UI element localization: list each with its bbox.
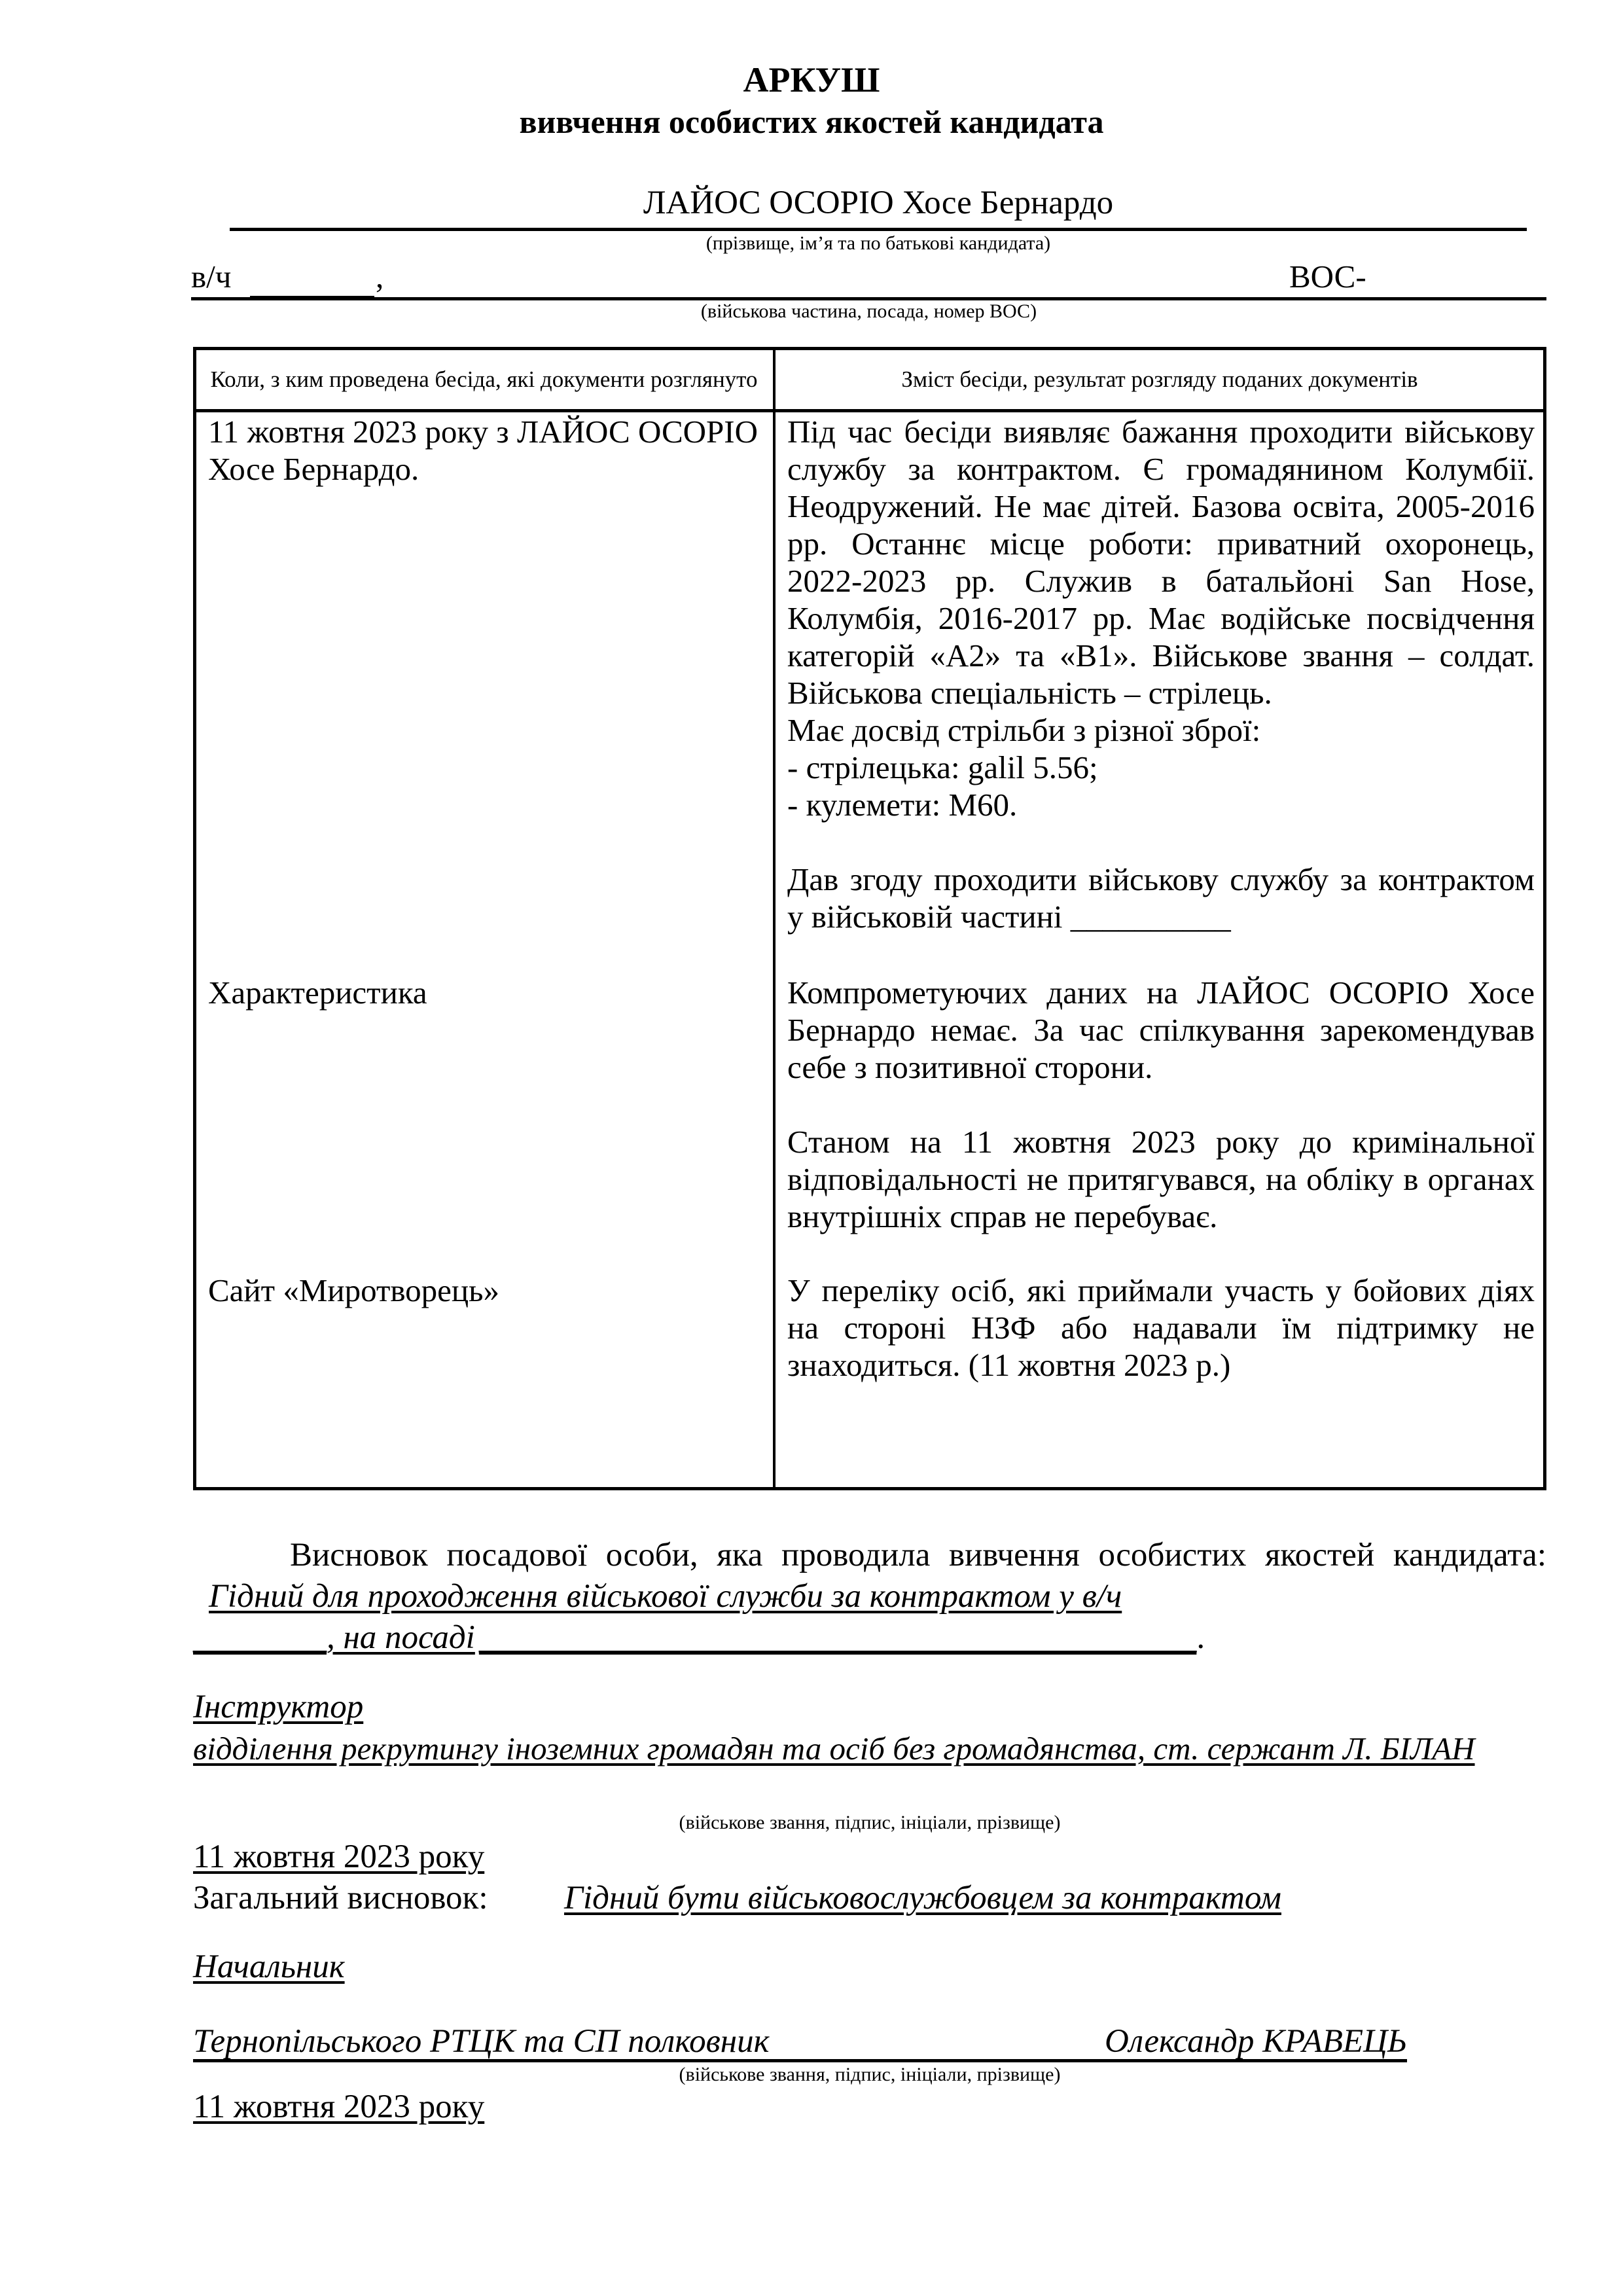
voc-label: ВОС- (1289, 257, 1366, 296)
myrotvorets-label: Сайт «Миротворець» (208, 1272, 758, 1309)
characteristic-text: Компрометуючих даних на ЛАЙОС ОСОРІО Хос… (787, 974, 1535, 1086)
characteristic-label: Характеристика (208, 974, 758, 1011)
interview-date-who: 11 жовтня 2023 року з ЛАЙОС ОСОРІО Хосе … (208, 413, 758, 488)
chief-date: 11 жовтня 2023 року (193, 2089, 484, 2125)
criminal-record-text: Станом на 11 жовтня 2023 року до криміна… (787, 1123, 1535, 1235)
weapons-heading: Має досвід стрільби з різної зброї: (787, 711, 1535, 749)
unit-label: в/ч (191, 257, 231, 296)
general-conclusion-verdict: Гідний бути військовослужбовцем за контр… (564, 1878, 1281, 1919)
candidate-name: ЛАЙОС ОСОРІО Хосе Бернардо (230, 183, 1527, 223)
chief-date-row: 11 жовтня 2023 року (193, 2087, 1546, 2128)
table-row-characteristic-left: Характеристика (208, 974, 758, 1011)
unit-comma: , (376, 257, 383, 296)
official-conclusion: Висновок посадової особи, яка проводила … (193, 1535, 1546, 1659)
consent-statement: Дав згоду проходити військову службу за … (787, 861, 1535, 935)
candidate-name-caption: (прізвище, ім’я та по батькові кандидата… (230, 232, 1527, 255)
table-row-interview-left: 11 жовтня 2023 року з ЛАЙОС ОСОРІО Хосе … (208, 413, 758, 488)
table-header-content-label: Зміст бесіди, результат розгляду поданих… (901, 366, 1418, 393)
instructor-block: Інструктор відділення рекрутингу іноземн… (193, 1687, 1546, 1769)
chief-signature-line: Тернопільського РТЦК та СП полковник Оле… (193, 2021, 1407, 2062)
candidate-name-line (230, 228, 1527, 231)
table-row-myrotvorets-left: Сайт «Миротворець» (208, 1272, 758, 1309)
chief-signature-caption: (військове звання, підпис, ініціали, прі… (193, 2063, 1546, 2087)
chief-title: Начальник (193, 1948, 345, 1985)
instructor-title: Інструктор (193, 1689, 363, 1725)
weapon-item: - стрілецька: galil 5.56; (787, 749, 1535, 786)
instructor-date-row: 11 жовтня 2023 року (193, 1837, 1546, 1878)
document-subtitle: вивчення особистих якостей кандидата (0, 102, 1623, 141)
unit-caption: (військова частина, посада, номер ВОС) (191, 300, 1546, 323)
table-column-divider (773, 347, 776, 1490)
myrotvorets-result: У переліку осіб, які приймали участь у б… (787, 1272, 1535, 1384)
consent-unit-blank: __________ (1071, 899, 1231, 935)
chief-title-row: Начальник (193, 1946, 1546, 1988)
instructor-signature-caption: (військове звання, підпис, ініціали, прі… (193, 1811, 1546, 1835)
table-header-divider (193, 409, 1546, 412)
instructor-date: 11 жовтня 2023 року (193, 1839, 484, 1875)
instructor-position: відділення рекрутингу іноземних громадян… (193, 1731, 1475, 1767)
conclusion-position-blank: ________________________________________… (479, 1619, 1197, 1656)
general-conclusion-label: Загальний висновок: (193, 1880, 488, 1916)
table-header-when-label: Коли, з ким проведена бесіда, які докуме… (210, 366, 757, 393)
table-row-interview-right: Під час бесіди виявляє бажання проходити… (787, 413, 1535, 935)
conclusion-lead: Висновок посадової особи, яка проводила … (290, 1537, 1546, 1573)
interview-summary: Під час бесіди виявляє бажання проходити… (787, 413, 1535, 711)
chief-name: Олександр КРАВЕЦЬ (1105, 2021, 1407, 2062)
document-title: АРКУШ (0, 60, 1623, 99)
chief-position: Тернопільського РТЦК та СП полковник (193, 2023, 769, 2060)
conclusion-unit-blank: ________ (193, 1617, 327, 1659)
table-header-content: Зміст бесіди, результат розгляду поданих… (776, 350, 1543, 409)
conclusion-end: . (1196, 1619, 1205, 1656)
conclusion-verdict: Гідний для проходження військової служби… (209, 1578, 1122, 1615)
general-conclusion: Загальний висновок: Гідний бути військов… (193, 1878, 1546, 1919)
table-row-myrotvorets-right: У переліку осіб, які приймали участь у б… (787, 1272, 1535, 1384)
weapon-item: - кулемети: М60. (787, 786, 1535, 823)
table-header-when: Коли, з ким проведена бесіда, які докуме… (196, 350, 772, 409)
table-row-characteristic-right: Компрометуючих даних на ЛАЙОС ОСОРІО Хос… (787, 974, 1535, 1235)
conclusion-position-label: , на посаді (327, 1619, 475, 1656)
